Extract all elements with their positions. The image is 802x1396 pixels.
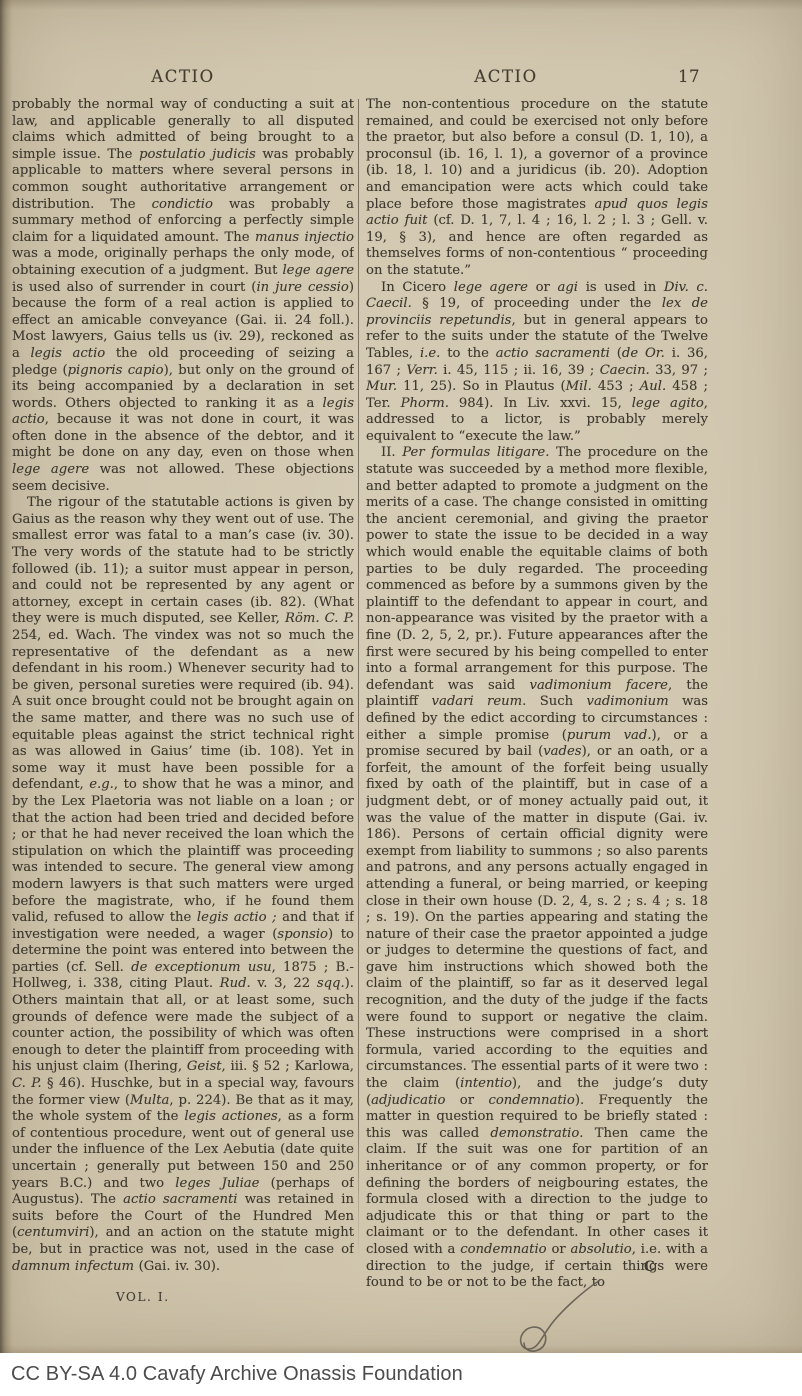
paragraph: II. Per formulas litigare. The procedure… (366, 445, 708, 1291)
license-text: CC BY-SA 4.0 Cavafy Archive Onassis Foun… (11, 1363, 463, 1386)
paragraph: In Cicero lege agere or agi is used in D… (366, 280, 708, 446)
paragraph: The rigour of the statutable actions is … (12, 495, 354, 1275)
license-footer-bar: CC BY-SA 4.0 Cavafy Archive Onassis Foun… (0, 1353, 802, 1396)
text-column-left: probably the normal way of conducting a … (12, 97, 354, 1311)
paragraph: probably the normal way of conducting a … (12, 97, 354, 495)
page-number: 17 (678, 67, 738, 86)
handwritten-flourish-icon (512, 1278, 612, 1356)
running-head-left: ACTIO (12, 67, 354, 86)
paragraph: The non-contentious procedure on the sta… (366, 97, 708, 280)
volume-label: VOL. I. (116, 1290, 170, 1304)
page-gutter-shadow (0, 0, 12, 1353)
text-column-right: The non-contentious procedure on the sta… (366, 97, 708, 1311)
running-head-right: ACTIO (366, 67, 646, 86)
column-divider-rule (358, 99, 359, 1259)
book-page-scan: ACTIO ACTIO 17 probably the normal way o… (0, 0, 802, 1353)
signature-mark: C (644, 1259, 655, 1275)
